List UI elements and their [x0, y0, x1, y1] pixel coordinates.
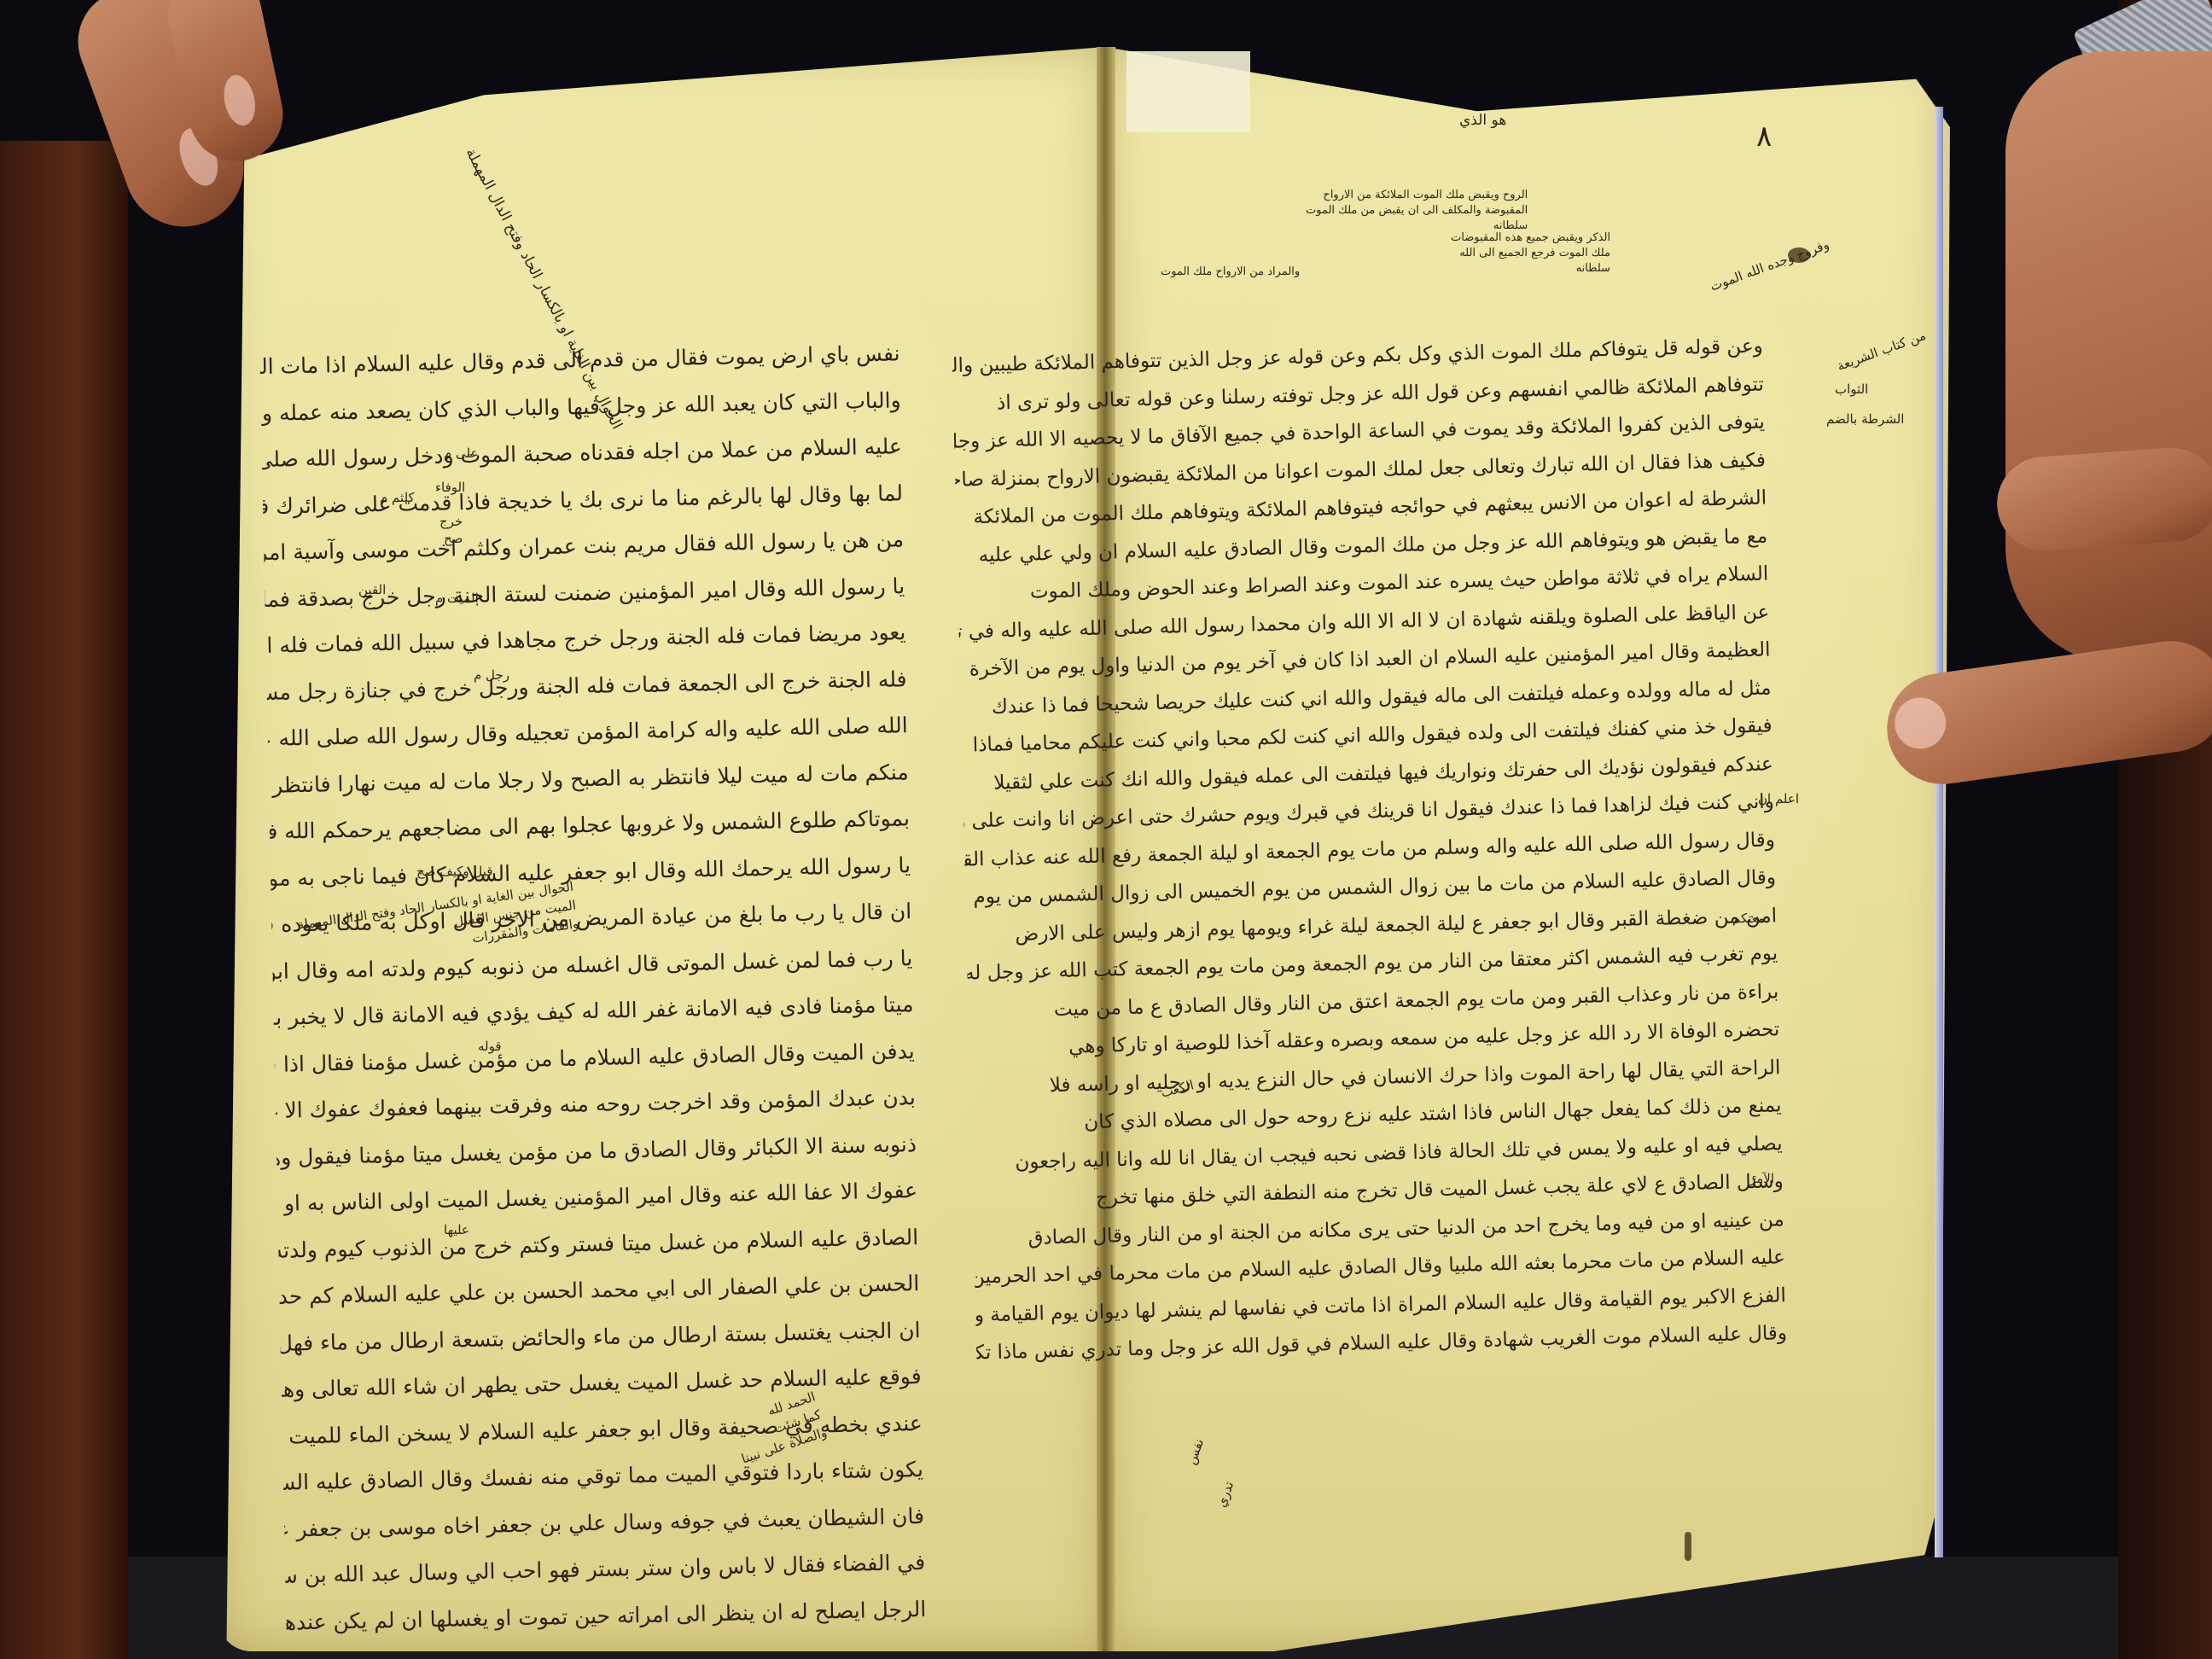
wooden-panel-left — [0, 141, 128, 1659]
top-gloss-block: الذكر ويقبض جميع هذه المقبوضات ملك الموت… — [1451, 230, 1610, 276]
margin-note: قبل وكيف صح — [416, 862, 492, 881]
margin-note: صح — [444, 529, 463, 548]
margin-note: معتكم — [1732, 909, 1765, 928]
margin-note: كلثم م — [380, 488, 415, 507]
right-hand-palm — [2005, 51, 2212, 666]
margin-note: قوله — [478, 1037, 502, 1056]
margin-note: الآمر — [1749, 1169, 1774, 1188]
ink-stain — [1685, 1532, 1691, 1561]
margin-note: القين — [358, 580, 386, 599]
paper-label-strip — [1126, 51, 1250, 132]
margin-note: الميت م — [435, 589, 479, 608]
top-gloss-block: والمراد من الارواح ملك الموت — [1161, 265, 1300, 280]
right-hand-finger — [1994, 445, 2212, 554]
margin-note: الشرطة بالضم — [1826, 410, 1904, 428]
margin-note: الوفاء — [435, 478, 465, 497]
folio-number: ٨ — [1756, 119, 1772, 154]
margin-note: اعلم ان — [1758, 789, 1799, 808]
right-page-main-text: وعن قوله قل يتوفاكم ملك الموت الذي وكل ب… — [952, 328, 1787, 1372]
page-fore-edge — [1935, 107, 1943, 1557]
margin-note: رجل م — [474, 666, 509, 684]
header-note: هو الذي — [1459, 111, 1506, 130]
margin-note: عليها — [444, 1220, 469, 1239]
left-page-main-text: نفس باي ارض يموت فقال من قدم الى قدم وقا… — [259, 330, 927, 1645]
top-gloss-block: الروح ويقبض ملك الموت الملائكة من الاروا… — [1306, 188, 1528, 234]
margin-note: على م — [444, 444, 478, 463]
margin-note: الثواب — [1835, 380, 1868, 399]
margin-note: خرج — [439, 512, 463, 531]
